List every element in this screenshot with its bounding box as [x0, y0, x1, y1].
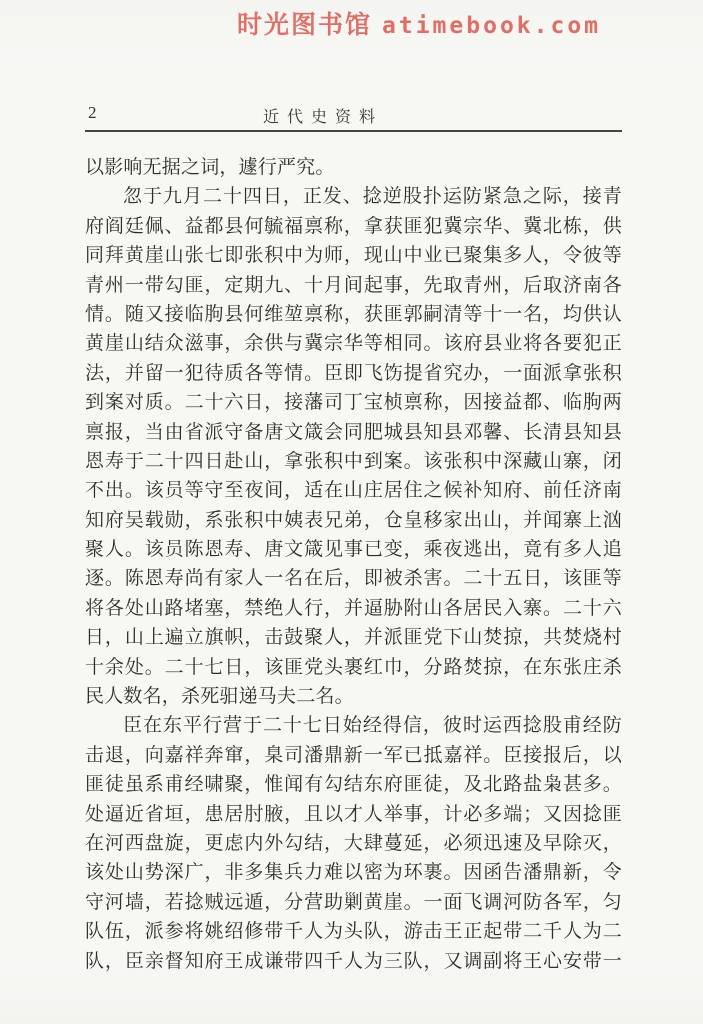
running-head: 2 近 代 史 资 料: [85, 102, 622, 128]
watermark-site-url: atimebook.com: [382, 13, 601, 39]
text-line: 守河墙，若捻贼远遁，分营助剿黄崖。一面飞调河防各军，匀抽: [85, 888, 622, 917]
watermark-site-name: 时光图书馆: [237, 11, 372, 39]
text-line: 青州一带勾匪，定期九、十月间起事，先取青州，后取济南各: [85, 271, 622, 300]
text-line: 聚人。该员陈恩寿、唐文箴见事已变，乘夜逃出，竟有多人追: [85, 535, 622, 564]
text-line: 府阎廷佩、益都县何毓福禀称，拿获匪犯冀宗华、冀北栋，供出: [85, 212, 622, 241]
text-line: 法，并留一犯待质各等情。臣即飞饬提省究办，一面派拿张积中: [85, 359, 622, 388]
text-line: 禀报，当由省派守备唐文箴会同肥城县知县邓馨、长清县知县陈: [85, 418, 622, 447]
text-line: 黄崖山结众滋事，余供与冀宗华等相同。该府县业将各要犯正: [85, 329, 622, 358]
text-line: 日，山上遍立旗帜，击鼓聚人，并派匪党下山焚掠，共焚烧村庄: [85, 623, 622, 652]
text-line: 击退，向嘉祥奔窜，臬司潘鼎新一军已抵嘉祥。臣接报后，以该: [85, 741, 622, 770]
text-line: 不出。该员等守至夜间，适在山庄居住之候补知府、前任济南府: [85, 476, 622, 505]
text-line: 臣在东平行营于二十七日始经得信，彼时运西捻股甫经防军: [85, 711, 622, 740]
text-line: 队，臣亲督知府王成谦带四千人为三队，又调副将王心安带一千: [85, 947, 622, 976]
text-line: 该处山势深广，非多集兵力难以密为环裹。因函告潘鼎新，令暂: [85, 858, 622, 887]
text-line: 民人数名，杀死驲递马夫二名。: [85, 682, 622, 711]
journal-title: 近 代 史 资 料: [85, 104, 555, 127]
text-line: 逐。陈恩寿尚有家人一名在后，即被杀害。二十五日，该匪等遂: [85, 564, 622, 593]
text-line: 十余处。二十七日，该匪党头裹红巾，分路焚掠，在东张庄杀死: [85, 653, 622, 682]
text-line: 队伍，派参将姚绍修带千人为头队，游击王正起带二千人为二: [85, 917, 622, 946]
text-line: 将各处山路堵塞，禁绝人行，并逼胁附山各居民入寨。二十六: [85, 594, 622, 623]
text-line: 同拜黄崖山张七即张积中为师，现山中业已聚集多人，令彼等赴: [85, 241, 622, 270]
text-line: 匪徒虽系甫经啸聚，惟闻有勾结东府匪徒，及北路盐枭甚多。该: [85, 770, 622, 799]
text-line: 处逼近省垣，患居肘腋，且以才人举事，计必多端；又因捻匪近: [85, 800, 622, 829]
text-line: 忽于九月二十四日，正发、捻逆股扑运防紧急之际，接青州: [85, 182, 622, 211]
header-rule: [85, 130, 622, 132]
watermark: 时光图书馆atimebook.com: [237, 5, 601, 35]
text-line: 在河西盘旋，更虑内外勾结，大肆蔓延，必须迅速及早除灭，而: [85, 829, 622, 858]
text-line: 知府吴载勋，系张积中姨表兄弟，仓皇移家出山，并闻寨上汹汹: [85, 506, 622, 535]
text-line: 到案对质。二十六日，接藩司丁宝桢禀称，因接益都、临朐两县: [85, 388, 622, 417]
text-line: 以影响无据之词，遽行严究。: [85, 153, 622, 182]
body-text: 以影响无据之词，遽行严究。 忽于九月二十四日，正发、捻逆股扑运防紧急之际，接青州…: [85, 153, 622, 976]
text-line: 恩寿于二十四日赴山，拿张积中到案。该张积中深藏山寨，闭匿: [85, 447, 622, 476]
text-line: 情。随又接临朐县何维堃禀称，获匪郭嗣清等十一名，均供认与: [85, 300, 622, 329]
